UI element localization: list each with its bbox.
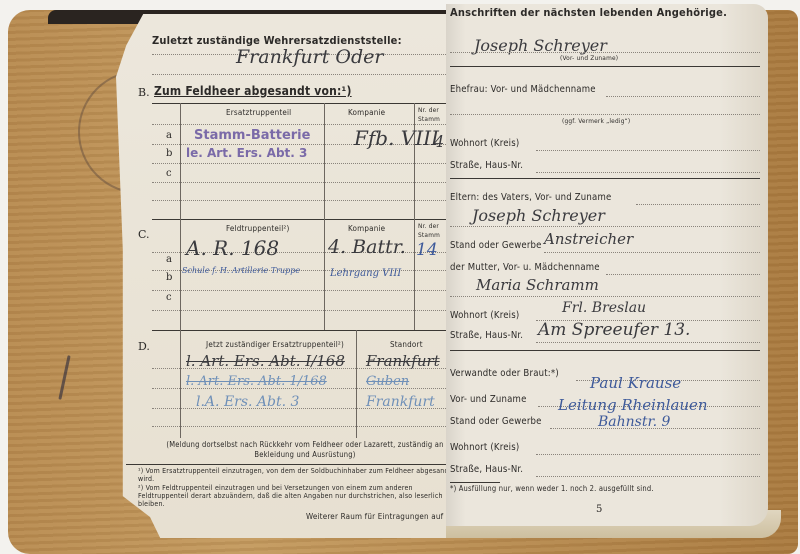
col-kompanie-c: Kompanie	[348, 224, 385, 233]
page-number: 5	[596, 504, 602, 515]
c-row-a-nr: 14	[416, 240, 438, 260]
d-row-1-standort: Frankfurt	[366, 352, 440, 370]
c-row-b-truppenteil: Schule f. H. Artillerie Truppe	[182, 266, 300, 275]
parents-wohnort-value: Frl. Breslau	[562, 300, 646, 316]
pen-mark	[58, 355, 70, 400]
relative-footnote: *) Ausfüllung nur, wenn weder 1. noch 2.…	[450, 484, 654, 493]
parents-strasse-label: Straße, Haus-Nr.	[450, 330, 523, 341]
c-row-a-kompanie: 4. Battr.	[328, 236, 406, 258]
relative-name-label: Vor- und Zuname	[450, 394, 527, 405]
father-trade-value: Anstreicher	[544, 230, 633, 248]
b-row-a-kompanie: Ffb. VIII	[354, 126, 439, 150]
b-row-a-nr: 4	[434, 132, 444, 151]
relative-trade-value: Leitung Rheinlauen	[558, 396, 708, 414]
section-d-letter: D.	[138, 340, 150, 353]
right-page: Anschriften der nächsten lebenden Angehö…	[446, 4, 768, 526]
relative-wohnort-value: Bahnstr. 9	[598, 414, 670, 430]
wife-label: Ehefrau: Vor- und Mädchenname	[450, 84, 596, 95]
wife-caption: (ggf. Vermerk „ledig“)	[562, 117, 630, 125]
footnote-1: ¹) Vom Ersatztruppenteil einzutragen, vo…	[138, 467, 456, 483]
father-value: Joseph Schreyer	[472, 206, 605, 225]
parents-label: Eltern: des Vaters, Vor- und Zuname	[450, 192, 611, 203]
parents-wohnort-label: Wohnort (Kreis)	[450, 310, 519, 321]
parents-strasse-value: Am Spreeufer 13.	[538, 320, 690, 340]
d-row-3-truppenteil: l.A. Ers. Abt. 3	[196, 394, 299, 410]
d-row-2-truppenteil: l. Art. Ers. Abt. 1/168	[186, 374, 327, 389]
c-row-a-truppenteil: A. R. 168	[186, 236, 279, 260]
d-row-2-standort: Guben	[366, 374, 409, 389]
wife-strasse-label: Straße, Haus-Nr.	[450, 160, 523, 171]
c-row-b-kompanie: Lehrgang VIII	[330, 268, 401, 279]
b-row-b-truppenteil: le. Art. Ers. Abt. 3	[186, 146, 307, 160]
more-space-note: Weiterer Raum für Eintragungen auf	[306, 512, 443, 521]
right-page-title: Anschriften der nächsten lebenden Angehö…	[450, 6, 727, 19]
col-jetzt-zustaendig: Jetzt zuständiger Ersatztruppenteil²)	[206, 340, 344, 349]
wife-wohnort-label: Wohnort (Kreis)	[450, 138, 519, 149]
relative-name-value: Paul Krause	[590, 374, 681, 392]
relative-wohnort-label: Wohnort (Kreis)	[450, 442, 519, 453]
b-row-a-truppenteil: Stamm-Batterie	[194, 128, 310, 143]
header-value: Frankfurt Oder	[236, 46, 383, 68]
father-trade-label: Stand oder Gewerbe	[450, 240, 542, 251]
relative-label: Verwandte oder Braut:*)	[450, 368, 559, 379]
mother-value: Maria Schramm	[476, 276, 599, 294]
d-row-3-standort: Frankfurt	[366, 394, 435, 410]
relative-trade-label: Stand oder Gewerbe	[450, 416, 542, 427]
name-caption: (Vor- und Zuname)	[560, 54, 618, 62]
section-b-letter: B.	[138, 86, 150, 99]
left-page: Zuletzt zuständige Wehrersatzdienststell…	[116, 14, 456, 538]
d-row-1-truppenteil: l. Art. Ers. Abt. I/168	[186, 352, 345, 370]
col-ersatztruppenteil: Ersatztruppenteil	[226, 108, 291, 117]
section-b-title: Zum Feldheer abgesandt von:¹)	[154, 84, 352, 98]
section-d-note: (Meldung dortselbst nach Rückkehr vom Fe…	[156, 440, 454, 460]
mother-label: der Mutter, Vor- u. Mädchenname	[450, 262, 600, 273]
col-standort: Standort	[390, 340, 423, 349]
section-c-letter: C.	[138, 228, 150, 241]
col-feldtruppenteil: Feldtruppenteil²)	[226, 224, 290, 233]
relative-strasse-label: Straße, Haus-Nr.	[450, 464, 523, 475]
col-kompanie: Kompanie	[348, 108, 385, 117]
footnote-2: ²) Vom Feldtruppenteil einzutragen und b…	[138, 484, 456, 508]
